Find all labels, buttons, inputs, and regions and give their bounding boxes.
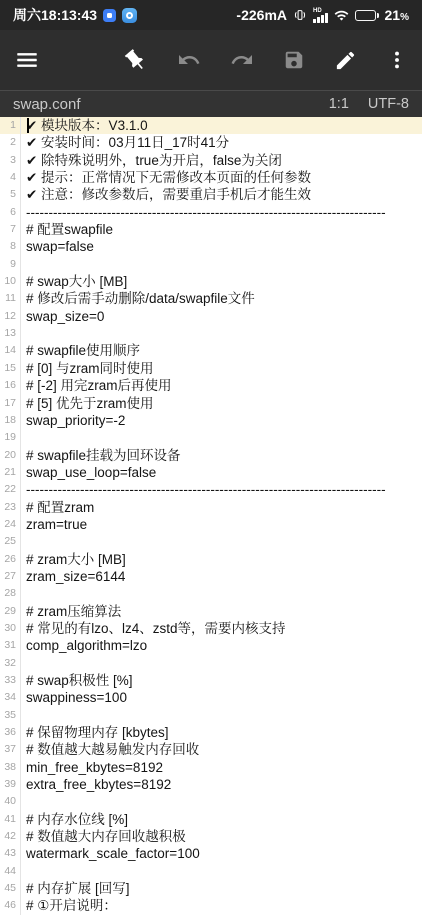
line-number: 10 [0, 273, 21, 290]
editor-line[interactable]: 45# 内存扩展 [回写] [0, 880, 422, 897]
editor-line[interactable]: 13 [0, 325, 422, 342]
line-text: zram_size=6144 [21, 568, 422, 585]
editor-line[interactable]: 30# 常见的有lzo、lz4、zstd等，需要内核支持 [0, 620, 422, 637]
line-text: min_free_kbytes=8192 [21, 759, 422, 776]
line-number: 43 [0, 845, 21, 862]
line-text: swap_use_loop=false [21, 464, 422, 481]
line-number: 13 [0, 325, 21, 342]
more-icon[interactable] [386, 49, 408, 71]
line-text: ✔ 提示：正常情况下无需修改本页面的任何参数 [21, 169, 422, 186]
line-number: 36 [0, 724, 21, 741]
line-text: # 保留物理内存 [kbytes] [21, 724, 422, 741]
editor-line[interactable]: 5✔ 注意：修改参数后，需要重启手机后才能生效 [0, 186, 422, 203]
line-number: 39 [0, 776, 21, 793]
battery-percent: 21% [385, 7, 409, 23]
editor-line[interactable]: 2✔ 安装时间：03月11日_17时41分 [0, 134, 422, 151]
line-number: 6 [0, 204, 21, 221]
editor-line[interactable]: 8swap=false [0, 238, 422, 255]
editor-line[interactable]: 39extra_free_kbytes=8192 [0, 776, 422, 793]
editor-line[interactable]: 10# swap大小 [MB] [0, 273, 422, 290]
editor-line[interactable]: 31comp_algorithm=lzo [0, 637, 422, 654]
editor-line[interactable]: 6---------------------------------------… [0, 204, 422, 221]
text-cursor [27, 118, 29, 133]
editor-line[interactable]: 18swap_priority=-2 [0, 412, 422, 429]
line-number: 17 [0, 395, 21, 412]
battery-icon [355, 10, 379, 21]
line-number: 31 [0, 637, 21, 654]
line-text: # [-2] 用完zram后再使用 [21, 377, 422, 394]
line-number: 34 [0, 689, 21, 706]
line-number: 11 [0, 290, 21, 307]
line-text: # swapfile使用顺序 [21, 342, 422, 359]
line-text: extra_free_kbytes=8192 [21, 776, 422, 793]
line-number: 37 [0, 741, 21, 758]
line-text: # 内存扩展 [回写] [21, 880, 422, 897]
line-text: comp_algorithm=lzo [21, 637, 422, 654]
line-number: 42 [0, 828, 21, 845]
line-number: 30 [0, 620, 21, 637]
editor-line[interactable]: 1✔ 模块版本：V3.1.0 [0, 117, 422, 134]
line-number: 3 [0, 152, 21, 169]
line-number: 20 [0, 447, 21, 464]
line-text: # 数值越大越易触发内存回收 [21, 741, 422, 758]
line-text [21, 585, 422, 602]
editor-line[interactable]: 11# 修改后需手动删除/data/swapfile文件 [0, 290, 422, 307]
line-text: # 常见的有lzo、lz4、zstd等，需要内核支持 [21, 620, 422, 637]
line-number: 4 [0, 169, 21, 186]
line-text: # 数值越大内存回收越积极 [21, 828, 422, 845]
line-text: # swap大小 [MB] [21, 273, 422, 290]
editor-line[interactable]: 25 [0, 533, 422, 550]
battery-current: -226mA [236, 7, 287, 23]
line-text: watermark_scale_factor=100 [21, 845, 422, 862]
line-text: # 配置swapfile [21, 221, 422, 238]
editor-line[interactable]: 32 [0, 655, 422, 672]
line-text: ✔ 安装时间：03月11日_17时41分 [21, 134, 422, 151]
vibrate-icon [293, 8, 307, 22]
line-text: # ①开启说明： [21, 897, 422, 914]
editor-line[interactable]: 28 [0, 585, 422, 602]
line-number: 19 [0, 429, 21, 446]
line-number: 32 [0, 655, 21, 672]
line-number: 27 [0, 568, 21, 585]
editor-toolbar [0, 30, 422, 91]
editor-line[interactable]: 15# [0] 与zram同时使用 [0, 360, 422, 377]
line-number: 15 [0, 360, 21, 377]
line-text: # 配置zram [21, 499, 422, 516]
line-number: 12 [0, 308, 21, 325]
editor-line[interactable]: 27zram_size=6144 [0, 568, 422, 585]
editor-line[interactable]: 44 [0, 863, 422, 880]
line-number: 23 [0, 499, 21, 516]
hd-badge: HD [313, 8, 322, 14]
line-number: 28 [0, 585, 21, 602]
line-text: # [5] 优先于zram使用 [21, 395, 422, 412]
editor-line[interactable]: 23# 配置zram [0, 499, 422, 516]
line-text: # zram压缩算法 [21, 603, 422, 620]
line-text [21, 655, 422, 672]
line-number: 14 [0, 342, 21, 359]
line-text: swappiness=100 [21, 689, 422, 706]
line-number: 33 [0, 672, 21, 689]
line-text: ✔ 除特殊说明外，true为开启，false为关闭 [21, 152, 422, 169]
line-text: ✔ 模块版本：V3.1.0 [21, 117, 422, 134]
line-number: 45 [0, 880, 21, 897]
editor-line[interactable]: 37# 数值越大越易触发内存回收 [0, 741, 422, 758]
editor-line[interactable]: 42# 数值越大内存回收越积极 [0, 828, 422, 845]
pin-icon[interactable] [123, 48, 148, 73]
line-text: zram=true [21, 516, 422, 533]
line-number: 46 [0, 897, 21, 914]
editor-line[interactable]: 33# swap积极性 [%] [0, 672, 422, 689]
line-number: 22 [0, 481, 21, 498]
redo-icon[interactable] [230, 48, 254, 72]
editor-area[interactable]: 1✔ 模块版本：V3.1.02✔ 安装时间：03月11日_17时41分3✔ 除特… [0, 117, 422, 915]
clock: 周六18:13:43 [13, 5, 97, 25]
line-text: ----------------------------------------… [21, 204, 422, 221]
line-text [21, 707, 422, 724]
undo-icon[interactable] [177, 48, 201, 72]
editor-line[interactable]: 46# ①开启说明： [0, 897, 422, 914]
line-number: 38 [0, 759, 21, 776]
wifi-icon [334, 8, 349, 23]
editor-line[interactable]: 19 [0, 429, 422, 446]
editor-line[interactable]: 36# 保留物理内存 [kbytes] [0, 724, 422, 741]
editor-line[interactable]: 22--------------------------------------… [0, 481, 422, 498]
file-bar: swap.conf 1:1 UTF-8 [0, 91, 422, 117]
editor-line[interactable]: 40 [0, 793, 422, 810]
line-text: swap=false [21, 238, 422, 255]
editor-line[interactable]: 34swappiness=100 [0, 689, 422, 706]
browser-notification-icon [122, 8, 137, 23]
signal-icon: HD [313, 7, 328, 23]
filename[interactable]: swap.conf [13, 96, 81, 113]
line-number: 26 [0, 551, 21, 568]
line-number: 40 [0, 793, 21, 810]
line-number: 44 [0, 863, 21, 880]
editor-line[interactable]: 12swap_size=0 [0, 308, 422, 325]
editor-line[interactable]: 20# swapfile挂载为回环设备 [0, 447, 422, 464]
line-text: # 内存水位线 [%] [21, 811, 422, 828]
editor-line[interactable]: 21swap_use_loop=false [0, 464, 422, 481]
editor-line[interactable]: 4✔ 提示：正常情况下无需修改本页面的任何参数 [0, 169, 422, 186]
line-number: 5 [0, 186, 21, 203]
line-text [21, 429, 422, 446]
line-number: 21 [0, 464, 21, 481]
encoding-label[interactable]: UTF-8 [368, 96, 409, 112]
status-bar: 周六18:13:43 -226mA HD 21% [0, 0, 422, 30]
line-number: 7 [0, 221, 21, 238]
line-text: ----------------------------------------… [21, 481, 422, 498]
line-number: 35 [0, 707, 21, 724]
edit-icon[interactable] [334, 49, 357, 72]
editor-line[interactable]: 29# zram压缩算法 [0, 603, 422, 620]
editor-line[interactable]: 43watermark_scale_factor=100 [0, 845, 422, 862]
line-text [21, 533, 422, 550]
line-text [21, 793, 422, 810]
save-icon[interactable] [283, 49, 305, 71]
line-text [21, 256, 422, 273]
line-number: 16 [0, 377, 21, 394]
line-number: 2 [0, 134, 21, 151]
line-number: 1 [0, 117, 21, 134]
line-text [21, 863, 422, 880]
line-text: # swapfile挂载为回环设备 [21, 447, 422, 464]
line-number: 41 [0, 811, 21, 828]
line-text [21, 325, 422, 342]
line-text: # 修改后需手动删除/data/swapfile文件 [21, 290, 422, 307]
editor-line[interactable]: 17# [5] 优先于zram使用 [0, 395, 422, 412]
line-number: 29 [0, 603, 21, 620]
editor-line[interactable]: 38min_free_kbytes=8192 [0, 759, 422, 776]
line-text: # swap积极性 [%] [21, 672, 422, 689]
line-text: # zram大小 [MB] [21, 551, 422, 568]
editor-line[interactable]: 41# 内存水位线 [%] [0, 811, 422, 828]
menu-icon[interactable] [14, 47, 40, 73]
line-text: # [0] 与zram同时使用 [21, 360, 422, 377]
editor-line[interactable]: 16# [-2] 用完zram后再使用 [0, 377, 422, 394]
editor-line[interactable]: 24zram=true [0, 516, 422, 533]
editor-line[interactable]: 35 [0, 707, 422, 724]
line-number: 18 [0, 412, 21, 429]
line-text: ✔ 注意：修改参数后，需要重启手机后才能生效 [21, 186, 422, 203]
line-number: 24 [0, 516, 21, 533]
editor-line[interactable]: 26# zram大小 [MB] [0, 551, 422, 568]
cursor-position[interactable]: 1:1 [329, 96, 349, 112]
editor-line[interactable]: 14# swapfile使用顺序 [0, 342, 422, 359]
line-number: 8 [0, 238, 21, 255]
line-number: 9 [0, 256, 21, 273]
line-text: swap_priority=-2 [21, 412, 422, 429]
editor-line[interactable]: 7# 配置swapfile [0, 221, 422, 238]
editor-line[interactable]: 9 [0, 256, 422, 273]
line-number: 25 [0, 533, 21, 550]
line-text: swap_size=0 [21, 308, 422, 325]
editor-line[interactable]: 3✔ 除特殊说明外，true为开启，false为关闭 [0, 152, 422, 169]
app-notification-icon [103, 9, 116, 22]
